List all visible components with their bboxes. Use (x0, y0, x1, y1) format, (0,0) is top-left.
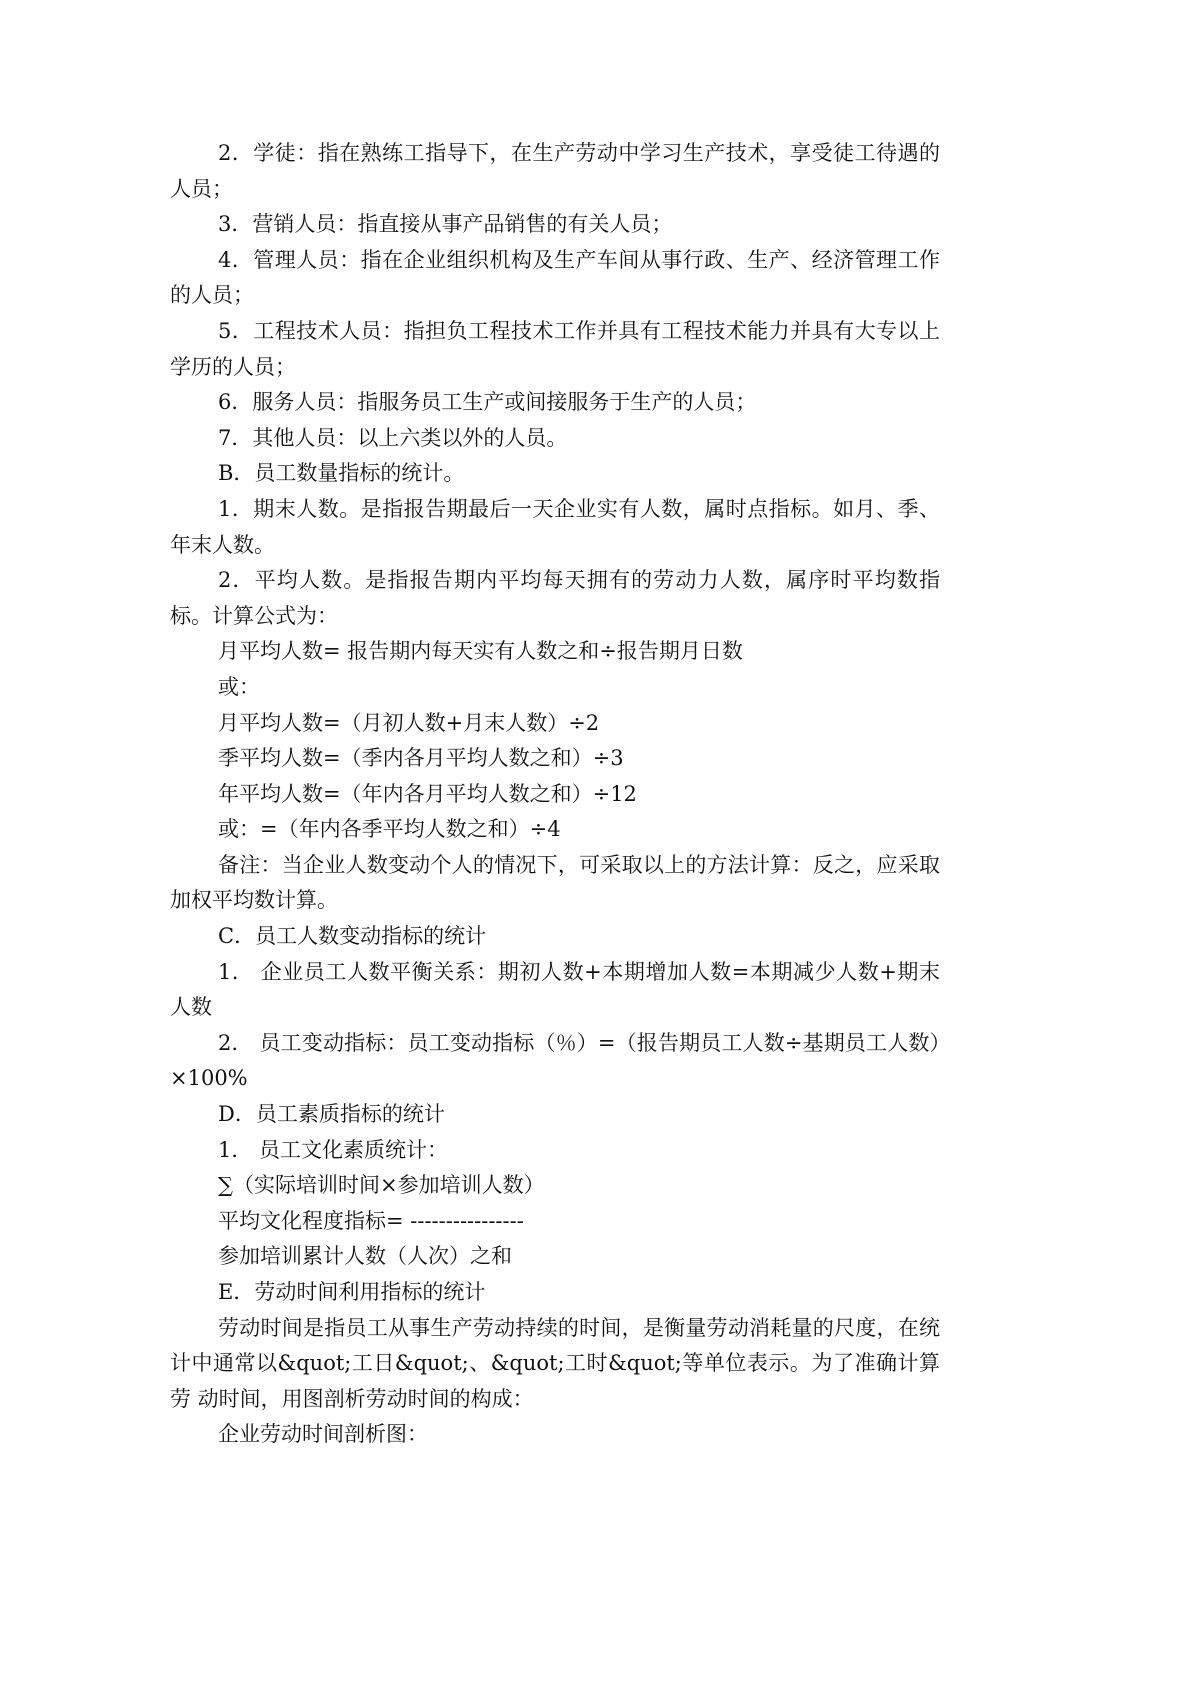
formula-denominator: 参加培训累计人数（人次）之和 (170, 1239, 940, 1275)
paragraph-sales-staff: 3．营销人员：指直接从事产品销售的有关人员； (170, 207, 940, 243)
section-heading-d: D．员工素质指标的统计 (170, 1097, 940, 1133)
text-or: 或： (170, 670, 940, 706)
formula-numerator: ∑（实际培训时间×参加培训人数） (170, 1168, 940, 1204)
document-page: 2．学徒：指在熟练工指导下，在生产劳动中学习生产技术，享受徒工待遇的人员； 3．… (170, 136, 940, 1453)
paragraph-apprentice: 2．学徒：指在熟练工指导下，在生产劳动中学习生产技术，享受徒工待遇的人员； (170, 136, 940, 207)
paragraph-labor-time: 劳动时间是指员工从事生产劳动持续的时间，是衡量劳动消耗量的尺度，在统计中通常以&… (170, 1311, 940, 1418)
paragraph-engineering-staff: 5．工程技术人员：指担负工程技术工作并具有工程技术能力并具有大专以上学历的人员； (170, 314, 940, 385)
formula-fraction-line: 平均文化程度指标= ---------------- (170, 1204, 940, 1240)
paragraph-diagram-caption: 企业劳动时间剖析图： (170, 1417, 940, 1453)
paragraph-balance-relation: 1． 企业员工人数平衡关系：期初人数+本期增加人数=本期减少人数+期末人数 (170, 955, 940, 1026)
paragraph-management-staff: 4．管理人员：指在企业组织机构及生产车间从事行政、生产、经济管理工作的人员； (170, 243, 940, 314)
paragraph-average-count: 2．平均人数。是指报告期内平均每天拥有的劳动力人数，属序时平均数指标。计算公式为… (170, 563, 940, 634)
formula-yearly-average-alt: 或：=（年内各季平均人数之和）÷4 (170, 812, 940, 848)
section-heading-e: E．劳动时间利用指标的统计 (170, 1275, 940, 1311)
formula-quarterly-average: 季平均人数=（季内各月平均人数之和）÷3 (170, 741, 940, 777)
formula-monthly-average-alt: 月平均人数=（月初人数+月末人数）÷2 (170, 706, 940, 742)
paragraph-change-indicator: 2． 员工变动指标：员工变动指标（％）=（报告期员工人数÷基期员工人数）×100… (170, 1026, 940, 1097)
paragraph-service-staff: 6．服务人员：指服务员工生产或间接服务于生产的人员； (170, 385, 940, 421)
paragraph-period-end-count: 1．期末人数。是指报告期最后一天企业实有人数，属时点指标。如月、季、年末人数。 (170, 492, 940, 563)
formula-monthly-average: 月平均人数= 报告期内每天实有人数之和÷报告期月日数 (170, 634, 940, 670)
paragraph-note: 备注：当企业人数变动个人的情况下，可采取以上的方法计算：反之，应采取加权平均数计… (170, 848, 940, 919)
paragraph-culture-quality: 1． 员工文化素质统计： (170, 1133, 940, 1169)
section-heading-b: B．员工数量指标的统计。 (170, 456, 940, 492)
paragraph-other-staff: 7．其他人员：以上六类以外的人员。 (170, 421, 940, 457)
formula-yearly-average: 年平均人数=（年内各月平均人数之和）÷12 (170, 777, 940, 813)
section-heading-c: C．员工人数变动指标的统计 (170, 919, 940, 955)
